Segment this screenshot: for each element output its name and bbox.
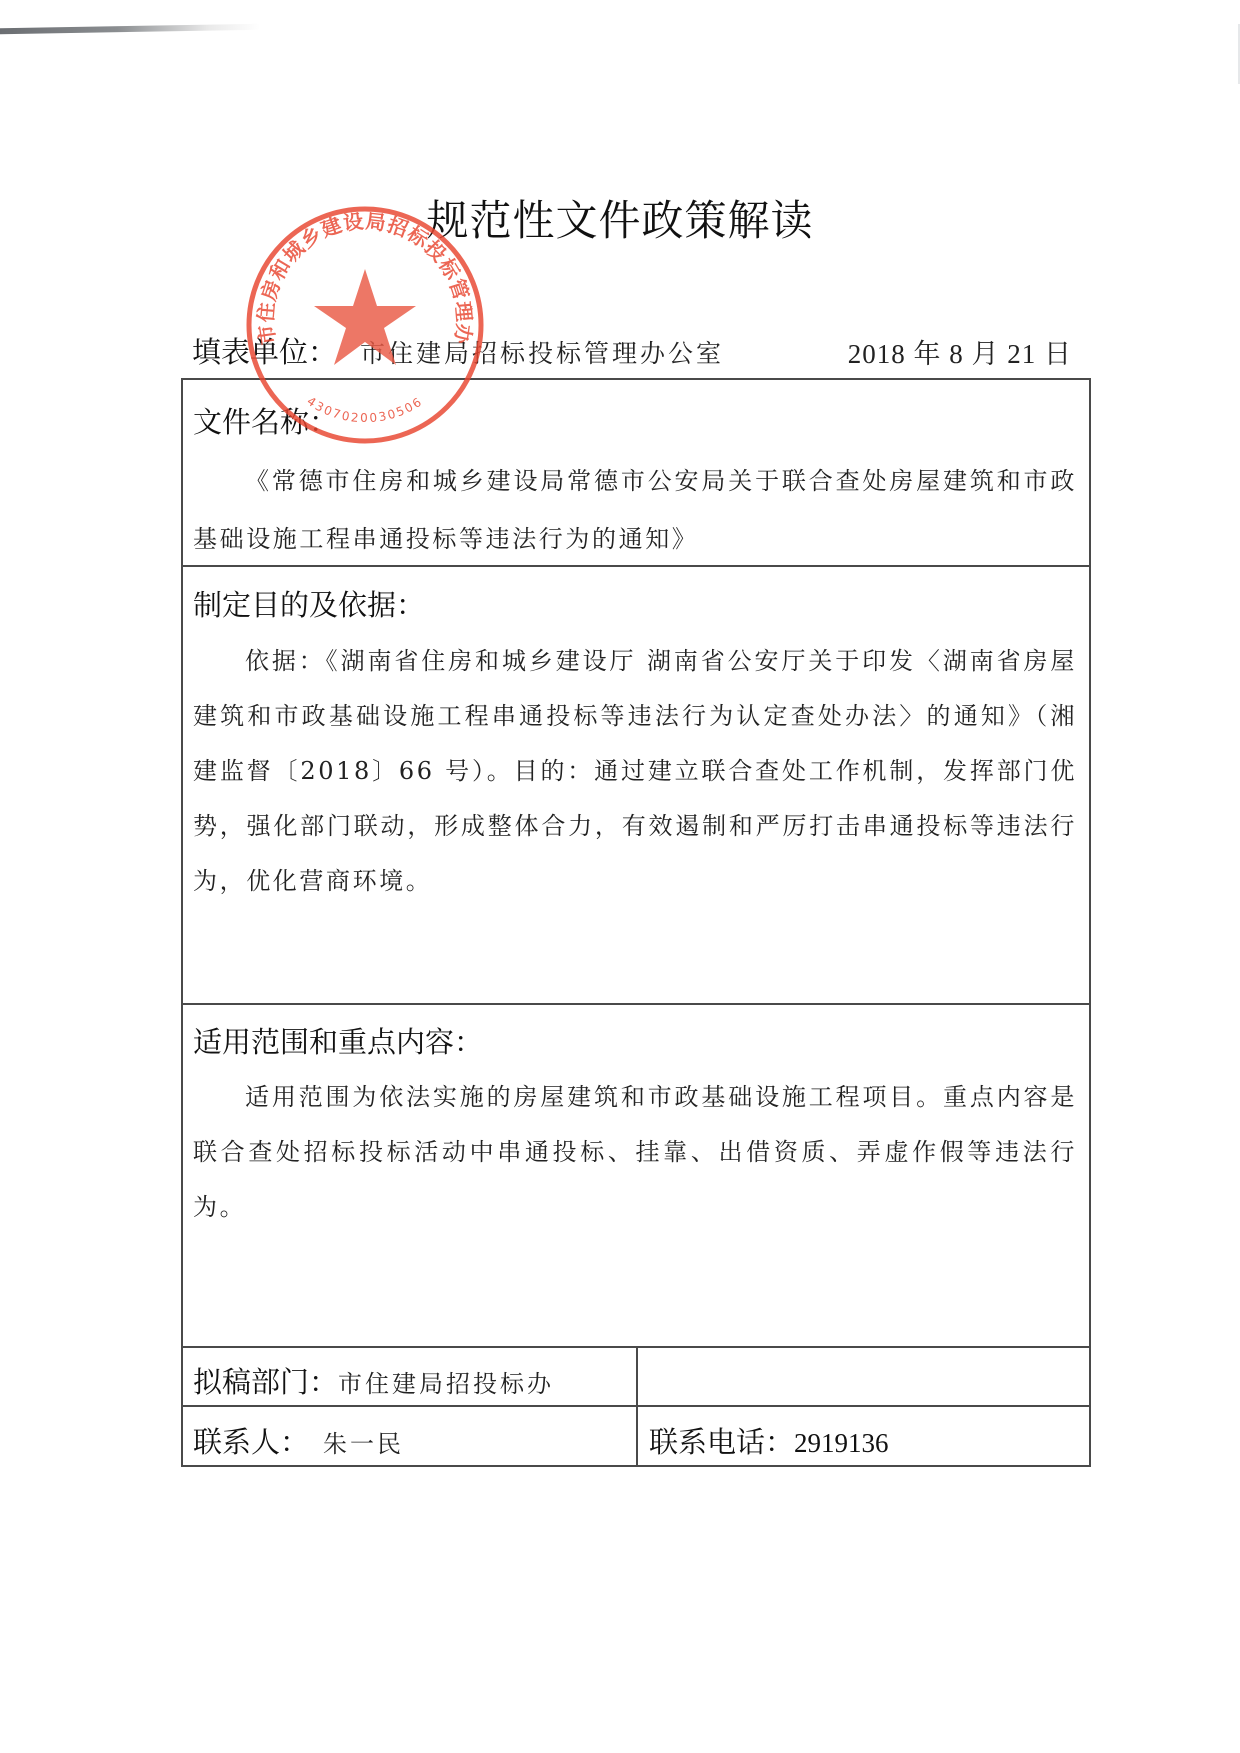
row-divider <box>183 1003 1089 1005</box>
contact-label: 联系人： <box>193 1425 309 1459</box>
phone-value: 2919136 <box>794 1428 889 1458</box>
date: 2018 年 8 月 21 日 <box>848 332 1072 371</box>
scope-text: 适用范围为依法实施的房屋建筑和市政基础设施工程项目。重点内容是联合查处招标投标活… <box>193 1070 1077 1235</box>
header-row: 填表单位： 市住建局招标投标管理办公室 2018 年 8 月 21 日 <box>192 330 1072 370</box>
drafting-dept-value: 市住建局招投标办 <box>338 1370 554 1398</box>
purpose-text: 依据：《湖南省住房和城乡建设厅 湖南省公安厅关于印发〈湖南省房屋建筑和市政基础设… <box>193 634 1077 909</box>
drafting-dept-cell: 拟稿部门：市住建局招投标办 <box>193 1360 554 1401</box>
phone-cell: 联系电话：2919136 <box>649 1420 889 1461</box>
phone-label: 联系电话： <box>649 1425 794 1459</box>
file-name-text: 《常德市住房和城乡建设局常德市公安局关于联合查处房屋建筑和市政基础设施工程串通投… <box>193 452 1077 568</box>
contact-cell: 联系人：朱一民 <box>193 1420 404 1461</box>
policy-table: 文件名称： 《常德市住房和城乡建设局常德市公安局关于联合查处房屋建筑和市政基础设… <box>181 378 1091 1467</box>
unit-value: 市住建局招标投标管理办公室 <box>360 334 724 370</box>
drafting-dept-label: 拟稿部门： <box>193 1365 338 1399</box>
purpose-label: 制定目的及依据： <box>193 583 425 624</box>
file-name-label: 文件名称： <box>193 400 338 441</box>
page-title: 规范性文件政策解读 <box>0 188 1240 248</box>
scan-edge-shadow <box>0 24 260 35</box>
unit-label: 填表单位： <box>192 330 337 371</box>
scope-label: 适用范围和重点内容： <box>193 1020 483 1061</box>
column-divider <box>636 1346 638 1467</box>
contact-value: 朱一民 <box>323 1430 404 1458</box>
